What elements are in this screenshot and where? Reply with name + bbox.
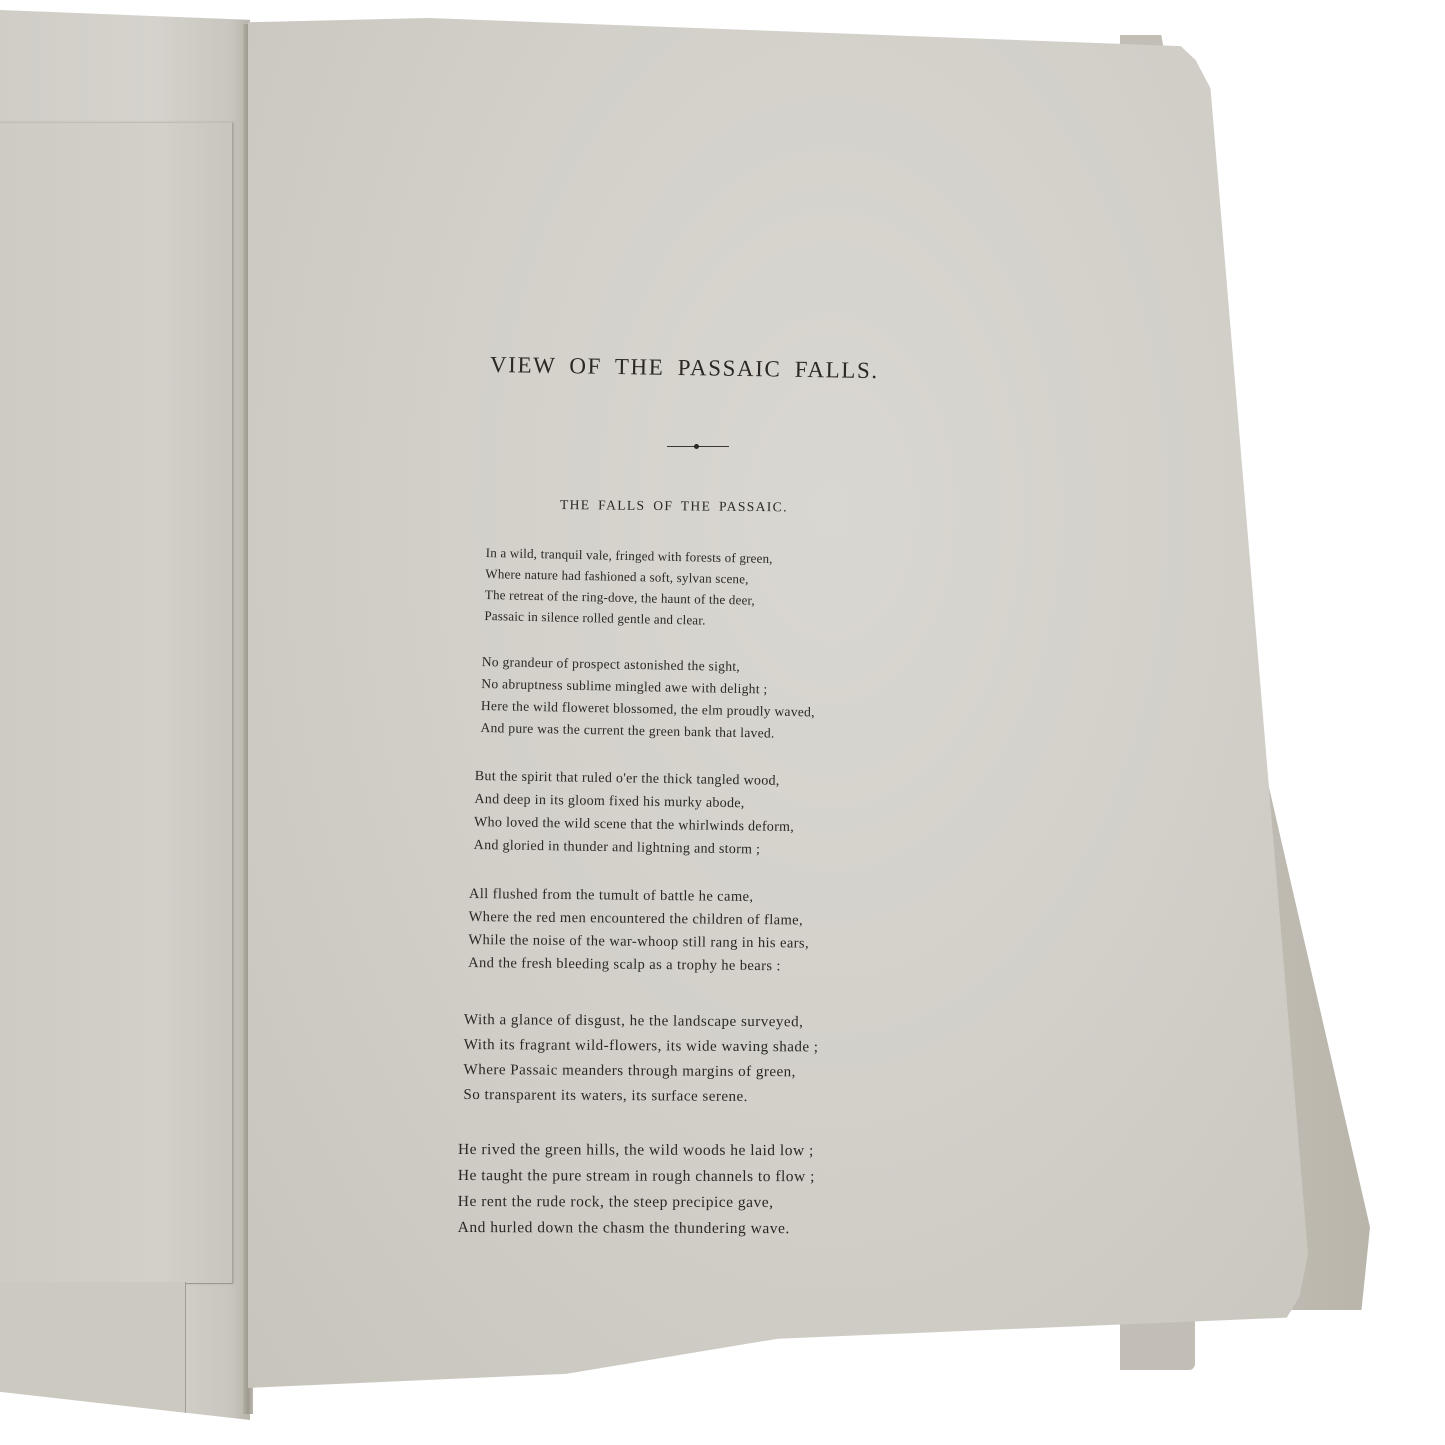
poem-line: So transparent its waters, its surface s… bbox=[463, 1083, 818, 1110]
poem-stanza: No grandeur of prospect astonished the s… bbox=[480, 651, 816, 745]
poem-stanza: All flushed from the tumult of battle he… bbox=[468, 883, 810, 979]
poem-line: With its fragrant wild-flowers, its wide… bbox=[464, 1033, 819, 1060]
ornament-divider-icon bbox=[667, 444, 729, 450]
page-text: VIEW OF THE PASSAIC FALLS. THE FALLS OF … bbox=[0, 0, 1445, 1445]
page-title: VIEW OF THE PASSAIC FALLS. bbox=[490, 352, 910, 385]
poem-stanza: In a wild, tranquil vale, fringed with f… bbox=[484, 542, 773, 632]
poem-stanza: With a glance of disgust, he the landsca… bbox=[463, 1008, 818, 1110]
poem-line: And gloried in thunder and lightning and… bbox=[474, 834, 794, 862]
poem-line: He taught the pure stream in rough chann… bbox=[458, 1163, 815, 1190]
ornament-dot bbox=[694, 444, 699, 449]
poem-line: And the fresh bleeding scalp as a trophy… bbox=[468, 952, 809, 979]
poem-line: Where Passaic meanders through margins o… bbox=[463, 1058, 818, 1085]
poem-title: THE FALLS OF THE PASSAIC. bbox=[560, 497, 788, 515]
poem-stanza: But the spirit that ruled o'er the thick… bbox=[474, 765, 795, 862]
poem-line: And hurled down the chasm the thundering… bbox=[458, 1215, 815, 1242]
poem-line: He rived the green hills, the wild woods… bbox=[458, 1137, 815, 1164]
open-book-photo: VIEW OF THE PASSAIC FALLS. THE FALLS OF … bbox=[0, 0, 1445, 1445]
poem-line: He rent the rude rock, the steep precipi… bbox=[458, 1189, 815, 1216]
poem-stanza: He rived the green hills, the wild woods… bbox=[458, 1137, 815, 1242]
poem-line: With a glance of disgust, he the landsca… bbox=[464, 1008, 819, 1035]
